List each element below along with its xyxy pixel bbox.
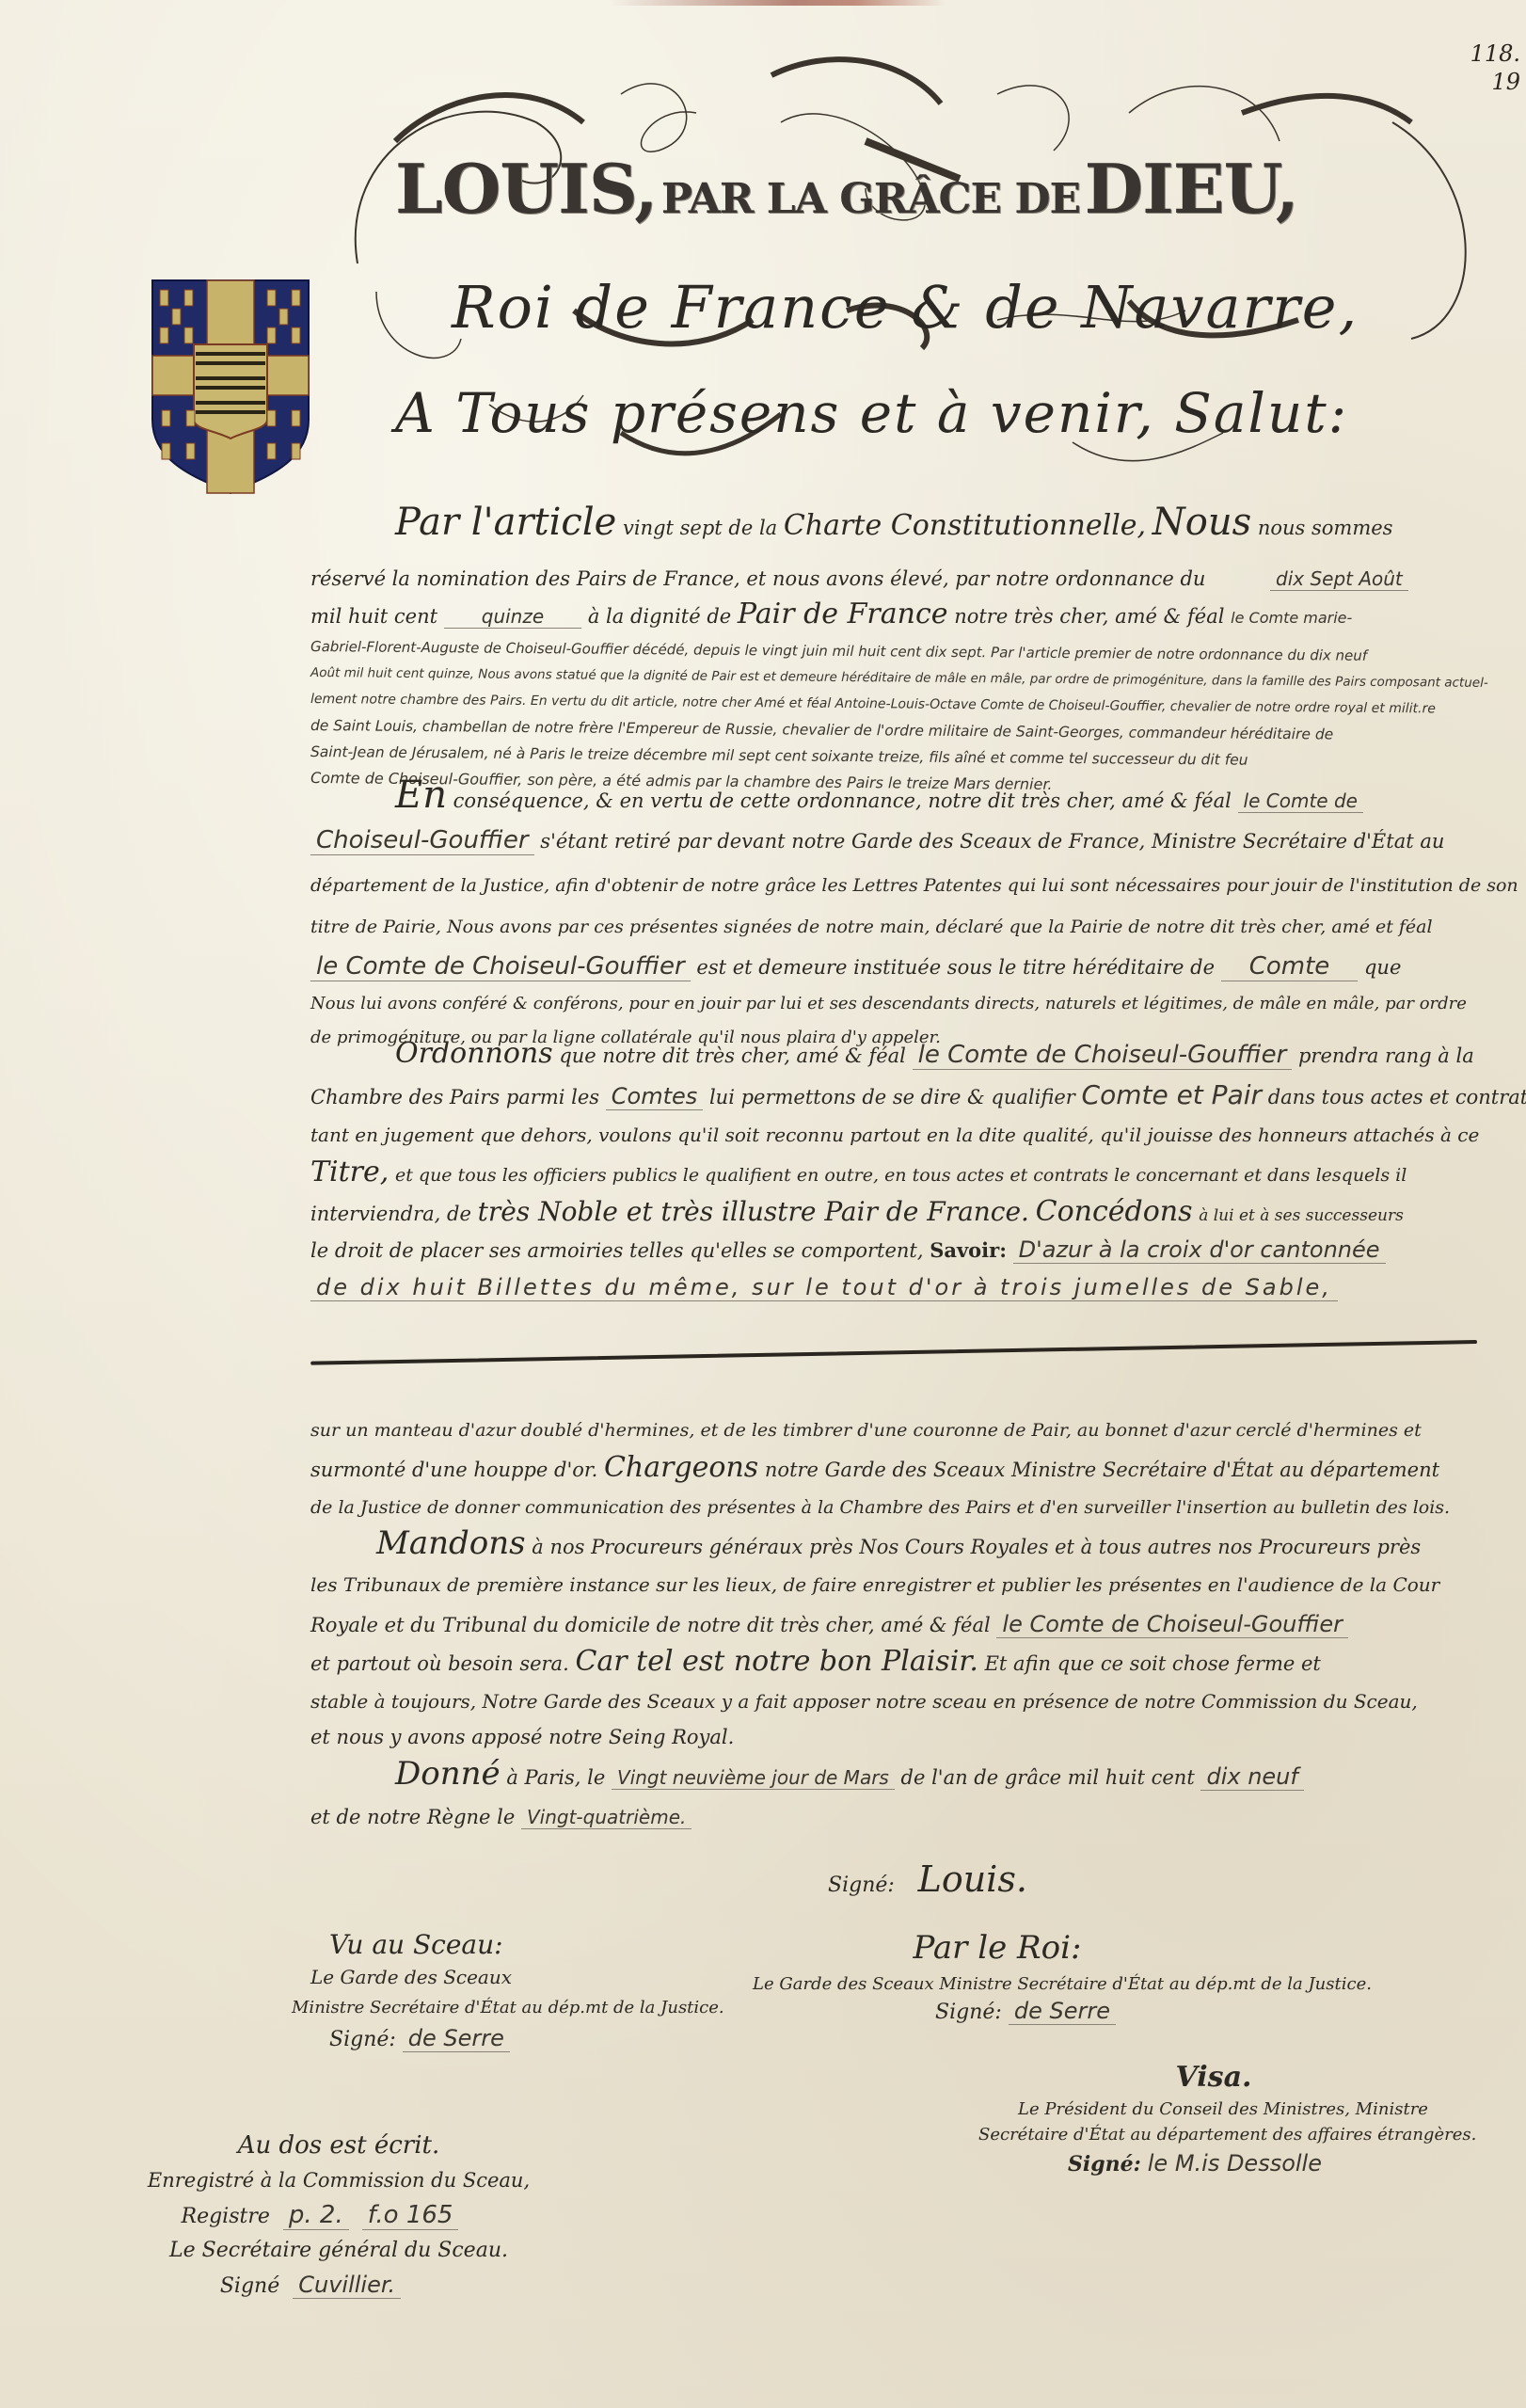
text: prendra rang à la xyxy=(1298,1045,1474,1067)
blazon-text: de dix huit Billettes du même, sur le to… xyxy=(310,1274,1338,1301)
text: à nos Procureurs généraux près Nos Cours… xyxy=(532,1536,1421,1558)
verso-line: Enregistré à la Commission du Sceau, xyxy=(94,2169,583,2192)
signature-name: de Serre xyxy=(403,2025,510,2052)
visa-line: Secrétaire d'État au département des aff… xyxy=(978,2125,1468,2145)
text-line: stable à toujours, Notre Garde des Sceau… xyxy=(310,1687,1418,1715)
signature-name: le M.is Dessolle xyxy=(1148,2150,1322,2177)
text: vingt sept de la xyxy=(623,517,777,539)
pair-de-france: Pair de France xyxy=(738,598,948,630)
seal-line: Ministre Secrétaire d'État au dép.mt de … xyxy=(292,1998,724,2017)
filled-date: dix Sept Août xyxy=(1270,567,1408,591)
text: lui permettons de se dire & qualifier xyxy=(709,1086,1075,1108)
text: notre très cher, amé & féal xyxy=(954,605,1224,628)
salutation: A Tous présens et à venir, Salut: xyxy=(395,381,1348,445)
signature-par-le-roi: Par le Roi: Le Garde des Sceaux Ministre… xyxy=(753,1929,1355,2024)
chargeons-word: Chargeons xyxy=(604,1451,758,1484)
lead-word: En xyxy=(395,773,447,817)
registre-page: p. 2. xyxy=(283,2201,349,2230)
text: interviendra, de xyxy=(310,1203,471,1225)
separator-rule xyxy=(310,1340,1477,1365)
text: Et afin que ce soit chose ferme et xyxy=(985,1652,1321,1675)
filled-reign-year: Vingt-quatrième. xyxy=(521,1806,691,1829)
title-middle: PAR LA GRÂCE DE xyxy=(661,175,1080,223)
text-line: réservé la nomination des Pairs de Franc… xyxy=(310,565,1205,593)
text: est et demeure instituée sous le titre h… xyxy=(696,956,1215,979)
filled-rank: Comtes xyxy=(606,1083,704,1110)
lead-word: Par l'article xyxy=(395,501,616,544)
par-le-roi-line: Le Garde des Sceaux Ministre Secrétaire … xyxy=(753,1974,1355,1994)
filled-title: Comte xyxy=(1221,952,1359,981)
signature-name: Cuvillier. xyxy=(293,2272,401,2299)
text: et partout où besoin sera. xyxy=(310,1652,569,1675)
text-line: département de la Justice, afin d'obteni… xyxy=(310,871,1518,900)
titre-word: Titre, xyxy=(310,1156,389,1188)
signe-label: Signé xyxy=(220,2274,279,2298)
verso-line: Le Secrétaire général du Sceau. xyxy=(94,2239,583,2262)
registre-label: Registre xyxy=(182,2205,270,2228)
text: nous sommes xyxy=(1258,517,1393,539)
text-line: sur un manteau d'azur doublé d'hermines,… xyxy=(310,1416,1422,1444)
filled-year: quinze xyxy=(444,605,581,629)
text: Royale et du Tribunal du domicile de not… xyxy=(310,1614,991,1636)
text: notre Garde des Sceaux Ministre Secrétai… xyxy=(765,1459,1439,1481)
nous-word: Nous xyxy=(1152,501,1251,544)
text: mil huit cent xyxy=(310,605,437,628)
visa-line: Le Président du Conseil des Ministres, M… xyxy=(978,2099,1468,2119)
text-line: Nous lui avons conféré & conférons, pour… xyxy=(310,990,1467,1018)
text: le droit de placer ses armoiries telles … xyxy=(310,1239,924,1262)
filled-date: Vingt neuvième jour de Mars xyxy=(612,1766,895,1790)
signature-king: Signé: Louis. xyxy=(828,1858,1027,1900)
filled-name: le Comte de Choiseul-Gouffier xyxy=(996,1611,1348,1638)
text: surmonté d'une houppe d'or. xyxy=(310,1459,597,1481)
bon-plaisir: Car tel est notre bon Plaisir. xyxy=(575,1645,978,1678)
binding-ribbon xyxy=(0,0,1526,6)
registre-folio: f.o 165 xyxy=(362,2201,459,2230)
signe-label: Signé: xyxy=(329,2028,396,2051)
signature-name: Louis. xyxy=(918,1858,1027,1900)
text: à Paris, le xyxy=(506,1766,605,1789)
coat-of-arms-icon xyxy=(151,279,310,495)
signature-visa: Visa. Le Président du Conseil des Minist… xyxy=(978,2061,1468,2177)
concedons-word: Concédons xyxy=(1036,1195,1193,1228)
filled-title: Comte et Pair xyxy=(1082,1079,1263,1110)
text-line: tant en jugement que dehors, voulons qu'… xyxy=(310,1121,1479,1149)
filled-year: dix neuf xyxy=(1200,1763,1303,1791)
filled-name: le Comte de xyxy=(1238,789,1363,813)
text: et que tous les officiers publics le qua… xyxy=(395,1165,1407,1186)
lead-word: Mandons xyxy=(376,1524,526,1562)
text: à lui et à ses successeurs xyxy=(1199,1206,1404,1225)
signe-label: Signé: xyxy=(1068,2152,1141,2177)
filled-name: Choiseul-Gouffier xyxy=(310,826,534,855)
honorific: très Noble et très illustre Pair de Fran… xyxy=(478,1196,1029,1227)
visa-heading: Visa. xyxy=(960,2061,1468,2094)
text-line: titre de Pairie, Nous avons par ces prés… xyxy=(310,913,1433,941)
subtitle-roi: Roi de France & de Navarre, xyxy=(452,273,1359,342)
text: que notre dit très cher, amé & féal xyxy=(559,1045,906,1067)
text-line: et nous y avons apposé notre Seing Royal… xyxy=(310,1723,734,1751)
charte-title: Charte Constitutionnelle, xyxy=(784,509,1146,542)
verso-registration: Au dos est écrit. Enregistré à la Commis… xyxy=(94,2131,583,2298)
text-line: de la Justice de donner communication de… xyxy=(310,1493,1450,1522)
text: Chambre des Pairs parmi les xyxy=(310,1086,599,1108)
filled-name: le Comte de Choiseul-Gouffier xyxy=(310,952,691,981)
text: et de notre Règne le xyxy=(310,1806,515,1828)
par-le-roi-heading: Par le Roi: xyxy=(640,1929,1355,1967)
signe-label: Signé: xyxy=(935,2001,1002,2024)
text: de l'an de grâce mil huit cent xyxy=(901,1766,1195,1789)
title-louis: LOUIS, xyxy=(395,149,657,229)
text: que xyxy=(1364,956,1401,979)
filled-name: le Comte de Choiseul-Gouffier xyxy=(913,1041,1293,1070)
verso-heading: Au dos est écrit. xyxy=(94,2131,583,2160)
signature-name: de Serre xyxy=(1009,1998,1116,2025)
text: à la dignité de xyxy=(588,605,731,628)
signe-label: Signé: xyxy=(828,1874,895,1897)
lead-word: Ordonnons xyxy=(395,1037,553,1070)
savoir-word: Savoir: xyxy=(930,1238,1007,1262)
lead-word: Donné xyxy=(395,1755,501,1793)
text: s'étant retiré par devant notre Garde de… xyxy=(540,830,1444,853)
filled-name: le Comte marie- xyxy=(1231,609,1352,627)
title-dieu: DIEU, xyxy=(1085,149,1298,229)
blazon-text: D'azur à la croix d'or cantonnée xyxy=(1013,1236,1386,1264)
document-page: 118. 19 LOUIS, PAR LA GRÂCE DE DIEU, Roi… xyxy=(0,0,1526,2408)
text-line: les Tribunaux de première instance sur l… xyxy=(310,1571,1439,1599)
text: conséquence, & en vertu de cette ordonna… xyxy=(453,789,1232,812)
page-title: LOUIS, PAR LA GRÂCE DE DIEU, xyxy=(395,149,1411,229)
text: dans tous actes et contrats, xyxy=(1268,1086,1526,1108)
seal-line: Le Garde des Sceaux xyxy=(310,1966,724,1988)
